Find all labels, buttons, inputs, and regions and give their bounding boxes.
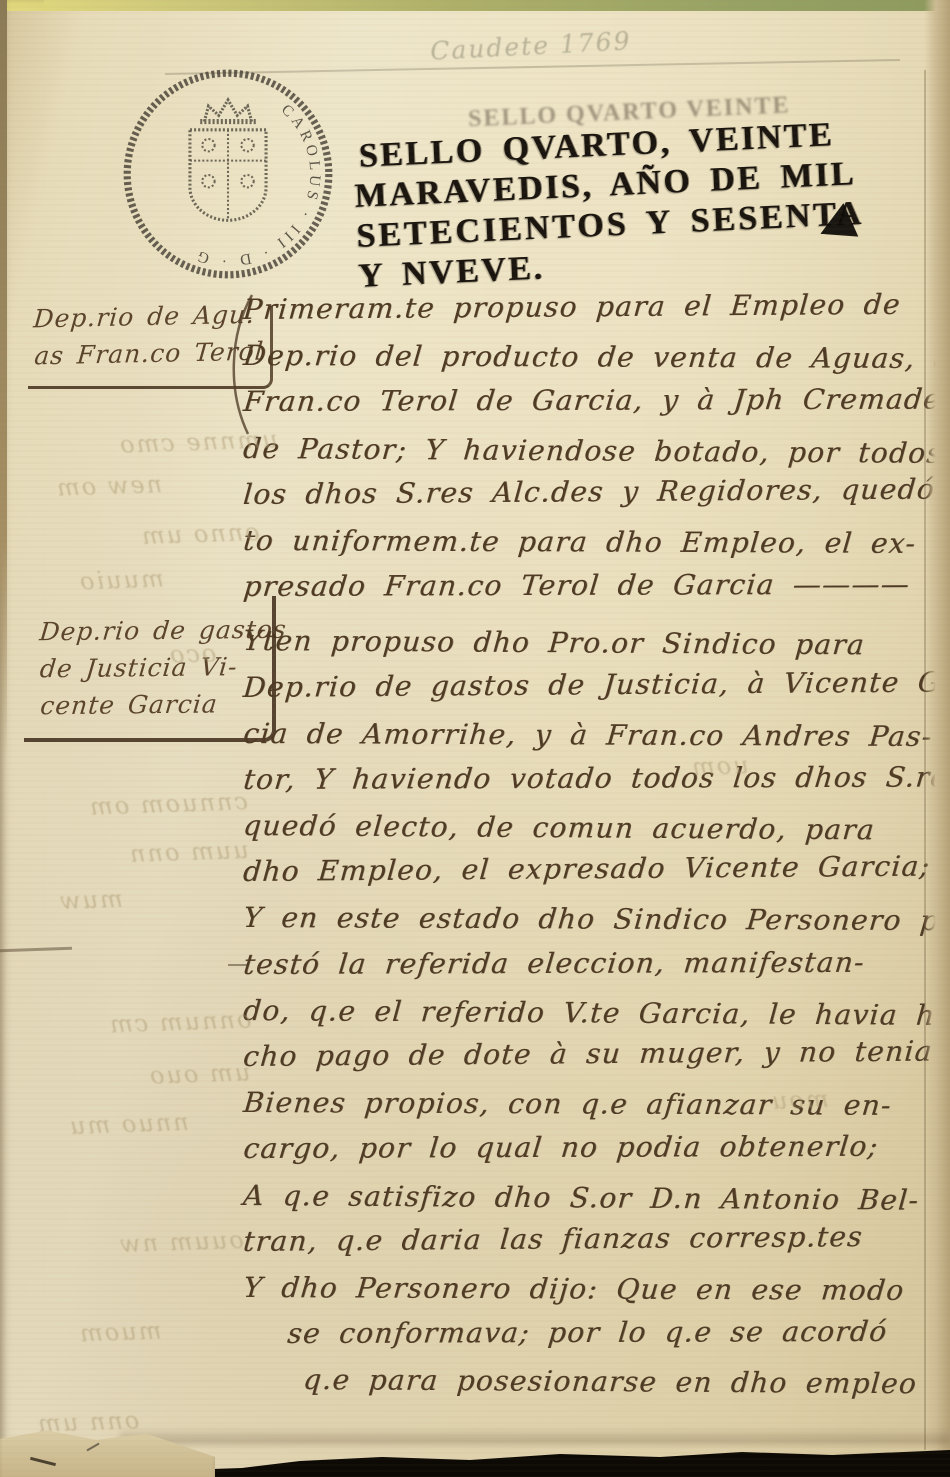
showthrough-scribble: uum onn [128,836,250,868]
manuscript-line: tor, Y haviendo votado todos los dhos S.… [241,760,950,809]
showthrough-scribble: mou [770,1085,830,1115]
manuscript-line: testó la referida eleccion, manifestan- [241,945,950,994]
showthrough-scribble: cnnuom om [88,787,249,821]
manuscript-line: to uniformem.te para dho Empleo, el ex- [241,524,950,573]
showthrough-scribble: muom [78,1317,162,1348]
manuscript-line: cargo, por lo qual no podia obtenerlo; [241,1130,950,1179]
tax-stamp-text-block: SELLO QVARTO, VEINTEMARAVEDIS, AÑO DE MI… [352,110,944,296]
showthrough-scribble: onno um [140,518,261,550]
showthrough-scribble: oco [168,639,217,669]
showthrough-scribble: uom [690,751,750,781]
showthrough-scribble: new om [55,470,163,502]
manuscript-line: Dep.rio del producto de venta de Aguas, … [241,339,950,388]
showthrough-scribble: onnum cm [108,1006,252,1039]
pencil-annotation: Caudete 1769 [430,11,921,66]
coat-of-arms-shield-icon [190,130,266,221]
manuscript-line: Dep.rio de gastos de Justicia, à Vicente… [241,665,950,717]
manuscript-line: se conformava; por lo q.e se acordó [285,1315,950,1364]
margin-bracket [24,596,276,742]
manuscript-line: los dhos S.res Alc.des y Regidores, qued… [241,472,950,524]
manuscript-line: presado Fran.co Terol de Garcia ———— [241,568,950,617]
showthrough-scribble: muw [58,885,124,915]
manuscript-line: cho pago de dote à su muger, y no tenia [241,1034,950,1086]
seal-outer-ring [127,73,329,275]
manuscript-line: q.e para posesionarse en dho empleo [301,1363,950,1414]
showthrough-scribble: muuio [78,565,165,596]
manuscript-line: Y dho Personero dijo: Que en ese modo [241,1271,950,1320]
showthrough-scribble: um ouo [148,1058,251,1090]
manuscript-line: dho Empleo, el expresado Vicente Garcia; [241,850,950,902]
left-edge-shadow [0,0,7,760]
crown-icon [200,100,256,122]
manuscript-line: tran, q.e daria las fianzas corresp.tes [241,1219,950,1271]
manuscript-line: Bienes propios, con q.e afianzar su en- [241,1086,950,1135]
manuscript-line: Primeram.te propuso para el Empleo de [241,287,950,339]
showthrough-scribble: ouum nw [118,1226,245,1258]
manuscript-line: cia de Amorrihe, y à Fran.co Andres Pas- [241,717,950,766]
scanned-manuscript-page: Caudete 1769 CAROLUS · III · D · G SELLO… [0,0,950,1477]
manuscript-line: Y en este estado dho Sindico Personero p… [241,901,950,950]
showthrough-scribble: umnne cmo [118,425,278,459]
manuscript-line: Fran.co Terol de Garcia, y à Jph Cremade… [241,383,950,432]
right-page-fold [924,0,950,1477]
showthrough-scribble: nnuo mu [68,1108,190,1140]
manuscript-body-text: Primeram.te propuso para el Empleo deDep… [242,293,950,1410]
royal-seal-stamp: CAROLUS · III · D · G [120,66,336,282]
right-fold-crease [924,70,926,1450]
scanner-bed-strip [0,0,950,11]
